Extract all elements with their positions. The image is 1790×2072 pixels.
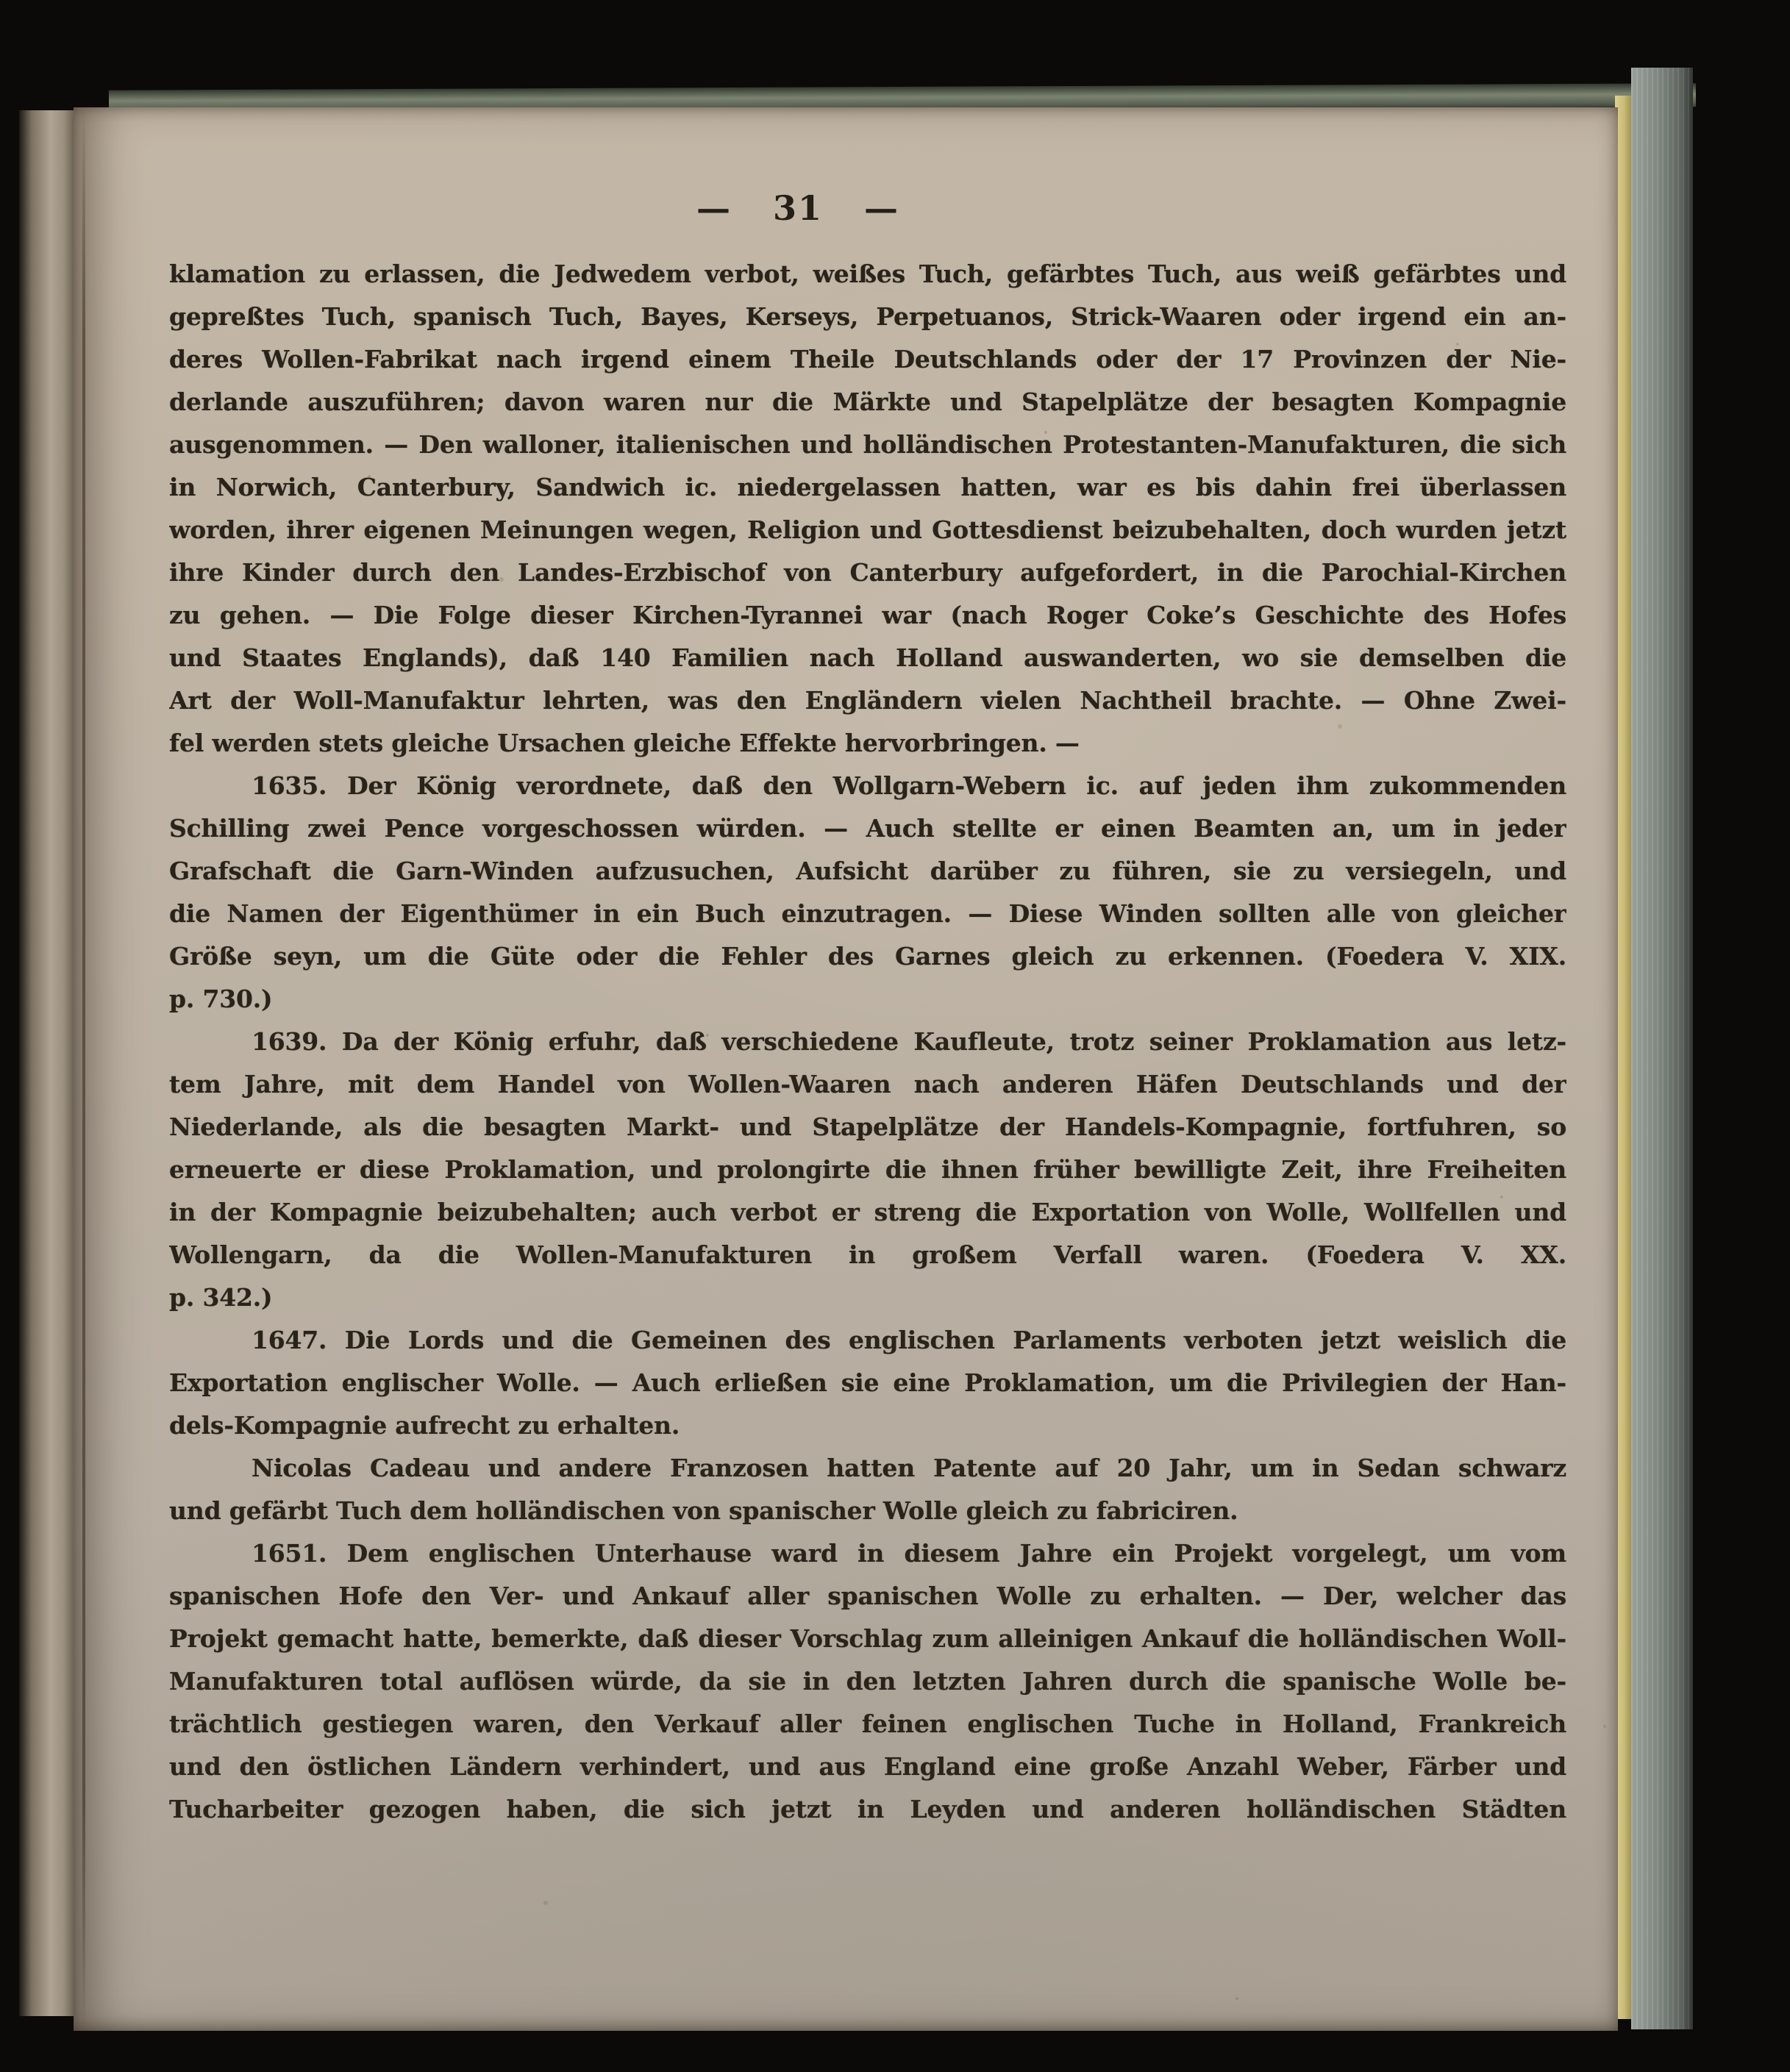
text-line: Projekt gemacht hatte, bemerkte, daß die… (169, 1618, 1566, 1660)
text-line: zu gehen. — Die Folge dieser Kirchen-Tyr… (169, 594, 1566, 637)
text-line: Grafschaft die Garn-Winden aufzusuchen, … (169, 850, 1566, 893)
text-line: spanischen Hofe den Ver- und Ankauf alle… (169, 1575, 1566, 1618)
paragraph: 1651. Dem englischen Unterhause ward in … (169, 1532, 1566, 1831)
text-line: und Staates Englands), daß 140 Familien … (169, 637, 1566, 679)
text-line: erneuerte er diese Proklamation, und pro… (169, 1148, 1566, 1191)
text-line: dels-Kompagnie aufrecht zu erhalten. (169, 1404, 1566, 1447)
text-line: Schilling zwei Pence vorgeschossen würde… (169, 807, 1566, 850)
text-line: derlande auszuführen; davon waren nur di… (169, 381, 1566, 424)
text-line: klamation zu erlassen, die Jedwedem verb… (169, 253, 1566, 296)
text-line: tem Jahre, mit dem Handel von Wollen-Waa… (169, 1063, 1566, 1106)
adjacent-page-edge (19, 110, 76, 2016)
text-line: in der Kompagnie beizubehalten; auch ver… (169, 1191, 1566, 1234)
body-text: klamation zu erlassen, die Jedwedem verb… (169, 253, 1566, 1831)
text-line: Tucharbeiter gezogen haben, die sich jet… (169, 1788, 1566, 1831)
text-line: worden, ihrer eigenen Meinungen wegen, R… (169, 509, 1566, 551)
page-header: —31— (169, 188, 1566, 228)
text-line: 1647. Die Lords und die Gemeinen des eng… (169, 1319, 1566, 1362)
text-line: Manufakturen total auflösen würde, da si… (169, 1660, 1566, 1703)
header-dash-right: — (864, 188, 899, 228)
text-line: Größe seyn, um die Güte oder die Fehler … (169, 935, 1566, 978)
gutter-crease (82, 107, 85, 2031)
book-page: —31— klamation zu erlassen, die Jedwedem… (74, 107, 1618, 2031)
text-line: ihre Kinder durch den Landes-Erzbischof … (169, 551, 1566, 594)
text-line: trächtlich gestiegen waren, den Verkauf … (169, 1703, 1566, 1746)
text-line: die Namen der Eigenthümer in ein Buch ei… (169, 893, 1566, 935)
text-line: fel werden stets gleiche Ursachen gleich… (169, 722, 1566, 765)
text-line: deres Wollen-Fabrikat nach irgend einem … (169, 338, 1566, 381)
text-line: Niederlande, als die besagten Markt- und… (169, 1106, 1566, 1148)
paragraph: 1635. Der König verordnete, daß den Woll… (169, 765, 1566, 1021)
text-line: 1635. Der König verordnete, daß den Woll… (169, 765, 1566, 807)
text-line: ausgenommen. — Den walloner, italienisch… (169, 424, 1566, 466)
text-line: Wollengarn, da die Wollen-Manufakturen i… (169, 1234, 1566, 1276)
paragraph: klamation zu erlassen, die Jedwedem verb… (169, 253, 1566, 765)
page-number: 31 (773, 188, 823, 228)
text-line: und gefärbt Tuch dem holländischen von s… (169, 1490, 1566, 1532)
paragraph: Nicolas Cadeau und andere Franzosen hatt… (169, 1447, 1566, 1532)
text-line: 1651. Dem englischen Unterhause ward in … (169, 1532, 1566, 1575)
text-line: Art der Woll-Manufaktur lehrten, was den… (169, 679, 1566, 722)
text-line: p. 730.) (169, 978, 1566, 1021)
text-line: gepreßtes Tuch, spanisch Tuch, Bayes, Ke… (169, 296, 1566, 338)
book-back-cover-edge (1631, 68, 1693, 2029)
header-dash-left: — (696, 188, 732, 228)
paragraph: 1647. Die Lords und die Gemeinen des eng… (169, 1319, 1566, 1447)
text-line: 1639. Da der König erfuhr, daß verschied… (169, 1021, 1566, 1063)
scanned-book-photo: —31— klamation zu erlassen, die Jedwedem… (0, 0, 1790, 2072)
text-line: Nicolas Cadeau und andere Franzosen hatt… (169, 1447, 1566, 1490)
text-line: und den östlichen Ländern verhindert, un… (169, 1746, 1566, 1788)
text-line: in Norwich, Canterbury, Sandwich ic. nie… (169, 466, 1566, 509)
text-line: Exportation englischer Wolle. — Auch erl… (169, 1362, 1566, 1404)
paragraph: 1639. Da der König erfuhr, daß verschied… (169, 1021, 1566, 1319)
text-line: p. 342.) (169, 1276, 1566, 1319)
